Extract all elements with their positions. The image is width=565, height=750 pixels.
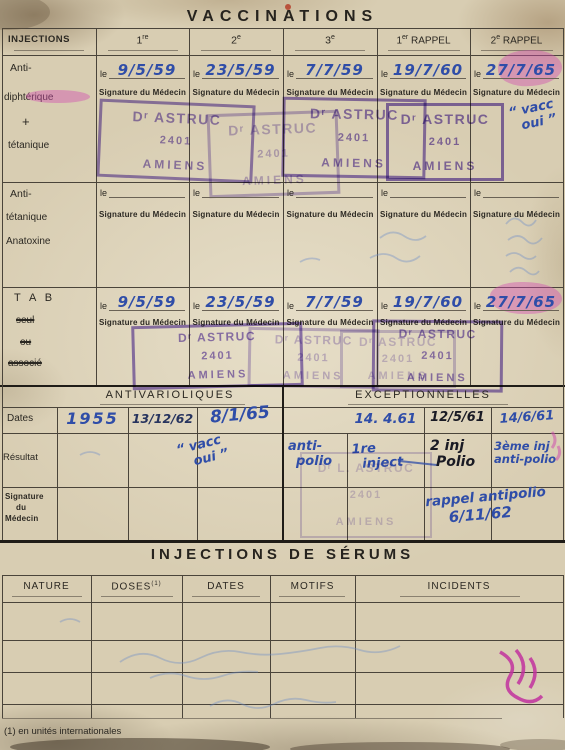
result-line: Polio [436, 454, 475, 470]
stamp-code: 2401 [338, 133, 371, 145]
footnote: (1) en unités internationales [4, 726, 121, 737]
stamp-code: 2401 [350, 490, 382, 501]
le-label: le [474, 70, 481, 79]
date-cell: le 9/5/59 [100, 290, 185, 311]
doctor-stamp: Dʳ ASTRUC 2401 AMIENS [386, 103, 504, 181]
column-header-rappel-2: 2e RAPPEL [470, 34, 563, 46]
stamp-city: AMIENS [413, 160, 478, 172]
ruled-line [100, 404, 245, 405]
stamp-name: Dʳ ASTRUC [401, 112, 490, 126]
row-label-tab-associe: associé [8, 358, 42, 369]
le-label: le [381, 302, 388, 311]
stamp-city: AMIENS [187, 369, 248, 382]
date-cell: le 27/7/65 [474, 290, 559, 311]
doctor-stamp: Dʳ ASTRUC 2401 AMIENS [372, 319, 504, 392]
stamp-city: AMIENS [142, 158, 207, 173]
row-label-dates: Dates [7, 413, 33, 424]
grid-line [0, 540, 565, 543]
grid-line [91, 575, 92, 718]
ruled-line [108, 50, 178, 51]
column-header-1: 1re [96, 34, 189, 47]
grid-line [270, 575, 271, 718]
stamp-name: Dʳ ASTRUC [399, 328, 477, 341]
ruled-line [295, 50, 365, 51]
serums-header-nature: NATURE [2, 581, 91, 592]
row-label-diphterie: tétanique [8, 140, 49, 151]
handwritten-date: 9/5/59 [118, 294, 177, 311]
stamp-code: 2401 [429, 137, 461, 148]
ruled-line [192, 596, 260, 597]
row-label-resultat: Résultat [3, 452, 38, 463]
exceptionnelles-title: EXCEPTIONNELLES [283, 389, 563, 401]
row-label-signature: du [16, 503, 26, 512]
stamp-city: AMIENS [283, 370, 344, 382]
header-sup: e [237, 34, 241, 41]
ruled-line [12, 596, 82, 597]
row-label-tab-ou: ou [20, 337, 31, 348]
grid-line [2, 672, 563, 673]
le-label: le [100, 302, 107, 311]
row-label-tab-seul: seul [16, 315, 34, 326]
handwritten-date: 14/6/61 [491, 408, 564, 428]
grid-line [2, 575, 3, 718]
stamp-code: 2401 [421, 351, 454, 362]
le-label: le [287, 189, 294, 198]
grid-line [128, 407, 129, 540]
handwritten-date: 13/12/62 [128, 411, 197, 426]
row-label-diphterie: + [22, 114, 30, 129]
header-rest: RAPPEL [408, 35, 450, 46]
stamp-name: Dʳ ASTRUC [178, 330, 256, 344]
signature-label: Signature du Médecin [96, 210, 189, 219]
le-label: le [381, 70, 388, 79]
grid-line [2, 640, 563, 641]
header-sup: re [142, 34, 148, 41]
ruled-line [101, 596, 173, 597]
doctor-stamp-faint: Dʳ L. ASTRUC 2401 AMIENS [300, 452, 432, 538]
signature-label: Signature du Médecin [189, 88, 283, 97]
handwritten-note: rappel antipolio 6/11/62 [425, 485, 548, 528]
le-label: le [474, 189, 481, 198]
grid-line [96, 28, 97, 385]
serums-header-dates: DATES [182, 581, 270, 592]
grid-line [563, 385, 564, 540]
ruled-line [388, 50, 460, 51]
stamp-code: 2401 [159, 136, 192, 148]
row-label-signature: Signature [5, 492, 44, 501]
ruled-line [14, 50, 84, 51]
serums-header-doses-sup: (1) [151, 581, 161, 587]
signature-label: Signature du Médecin [283, 210, 377, 219]
serums-section-title: INJECTIONS DE SÉRUMS [0, 546, 565, 563]
ruled-line [201, 50, 271, 51]
date-cell-empty: le [381, 185, 466, 198]
header-rest: RAPPEL [500, 35, 542, 46]
column-header-2: 2e [189, 34, 283, 47]
date-cell: le 23/5/59 [193, 58, 279, 79]
column-header-injections: INJECTIONS [8, 34, 70, 45]
le-label: le [287, 302, 294, 311]
grid-line [2, 575, 563, 576]
handwritten-date: 14. 4.61 [347, 411, 424, 427]
row-label-tab: T A B [14, 292, 55, 304]
serums-header-doses: DOSES(1) [91, 581, 182, 592]
date-cell-empty: le [193, 185, 279, 198]
column-header-rappel-1: 1er RAPPEL [377, 34, 470, 46]
handwritten-annotation: “ vacc oui ” [507, 98, 558, 137]
grid-line [355, 575, 356, 718]
handwritten-date: 27/7/65 [486, 294, 556, 311]
result-line: 2 inj [430, 438, 475, 454]
row-label-anatoxine: tétanique [6, 212, 47, 223]
signature-label: Signature du Médecin [377, 210, 470, 219]
handwritten-date: 7/7/59 [305, 62, 364, 79]
handwritten-date: 23/5/59 [205, 62, 275, 79]
le-label: le [474, 302, 481, 311]
ruled-line [400, 596, 520, 597]
grid-line [2, 28, 3, 385]
signature-label: Signature du Médecin [189, 210, 283, 219]
ruled-line [348, 404, 508, 405]
row-label-anatoxine: Anti- [10, 188, 32, 200]
row-label-signature: Médecin [5, 514, 38, 523]
stamp-name: Dʳ L. ASTRUC [318, 462, 415, 474]
serums-header-motifs: MOTIFS [270, 581, 355, 592]
ruled-line [279, 596, 345, 597]
antivarioliques-title: ANTIVARIOLIQUES [57, 389, 283, 401]
handwritten-date: 19/7/60 [393, 294, 463, 311]
signature-label: Signature du Médecin [377, 88, 470, 97]
stamp-city: AMIENS [336, 517, 397, 528]
handwritten-result: 2 inj Polio [430, 438, 475, 470]
grid-line [182, 575, 183, 718]
stamp-city: AMIENS [407, 372, 468, 384]
page-title: VACCINATIONS [0, 8, 565, 26]
handwritten-result: “ vacc oui ” [175, 432, 230, 473]
signature-label: Signature du Médecin [283, 88, 377, 97]
date-cell: le 7/7/59 [287, 290, 373, 311]
result-line: anti-polio [494, 453, 556, 466]
signature-label: Signature du Médecin [470, 88, 563, 97]
stamp-code: 2401 [297, 353, 330, 365]
date-cell-empty: le [474, 185, 559, 198]
date-cell: le 9/5/59 [100, 58, 185, 79]
magenta-scribble [500, 650, 542, 702]
stamp-city: AMIENS [321, 156, 386, 169]
handwritten-date: 23/5/59 [205, 294, 275, 311]
handwritten-date: 9/5/59 [118, 62, 177, 79]
date-cell-empty: le [287, 185, 373, 198]
le-label: le [100, 189, 107, 198]
grid-line [563, 575, 564, 718]
le-label: le [193, 189, 200, 198]
date-cell: le 23/5/59 [193, 290, 279, 311]
grid-line [2, 602, 563, 603]
handwritten-date: 27/7/65 [486, 62, 556, 79]
date-cell: le 19/7/60 [381, 58, 466, 79]
header-sup: e [331, 34, 335, 41]
serums-header-doses-text: DOSES [111, 581, 151, 592]
vaccination-card: VACCINATIONS INJECTIONS DE SÉRUMS [0, 0, 565, 750]
le-label: le [100, 70, 107, 79]
le-label: le [193, 70, 200, 79]
serums-header-incidents: INCIDENTS [355, 581, 563, 592]
signature-label: Signature du Médecin [96, 88, 189, 97]
row-label-diphterie: Anti- [10, 62, 32, 74]
column-header-3: 3e [283, 34, 377, 47]
grid-line [2, 704, 563, 705]
handwritten-date: 19/7/60 [393, 62, 463, 79]
pink-marker-smear [26, 90, 90, 103]
le-label: le [381, 189, 388, 198]
row-label-anatoxine: Anatoxine [6, 236, 50, 247]
date-cell: le 7/7/59 [287, 58, 373, 79]
stamp-code: 2401 [201, 351, 234, 363]
date-cell-empty: le [100, 185, 185, 198]
handwritten-result: 3ème inj anti-polio [494, 440, 556, 466]
handwritten-date: 1955 [57, 409, 128, 428]
date-cell: le 19/7/60 [381, 290, 466, 311]
grid-line [563, 28, 564, 385]
handwritten-date: 8/1/65 [196, 401, 283, 428]
handwritten-date: 7/7/59 [305, 294, 364, 311]
signature-label: Signature du Médecin [470, 210, 563, 219]
grid-line [2, 718, 502, 719]
handwritten-date: 12/5/61 [424, 410, 491, 425]
date-cell: le 27/7/65 [474, 58, 559, 79]
le-label: le [287, 70, 294, 79]
le-label: le [193, 302, 200, 311]
